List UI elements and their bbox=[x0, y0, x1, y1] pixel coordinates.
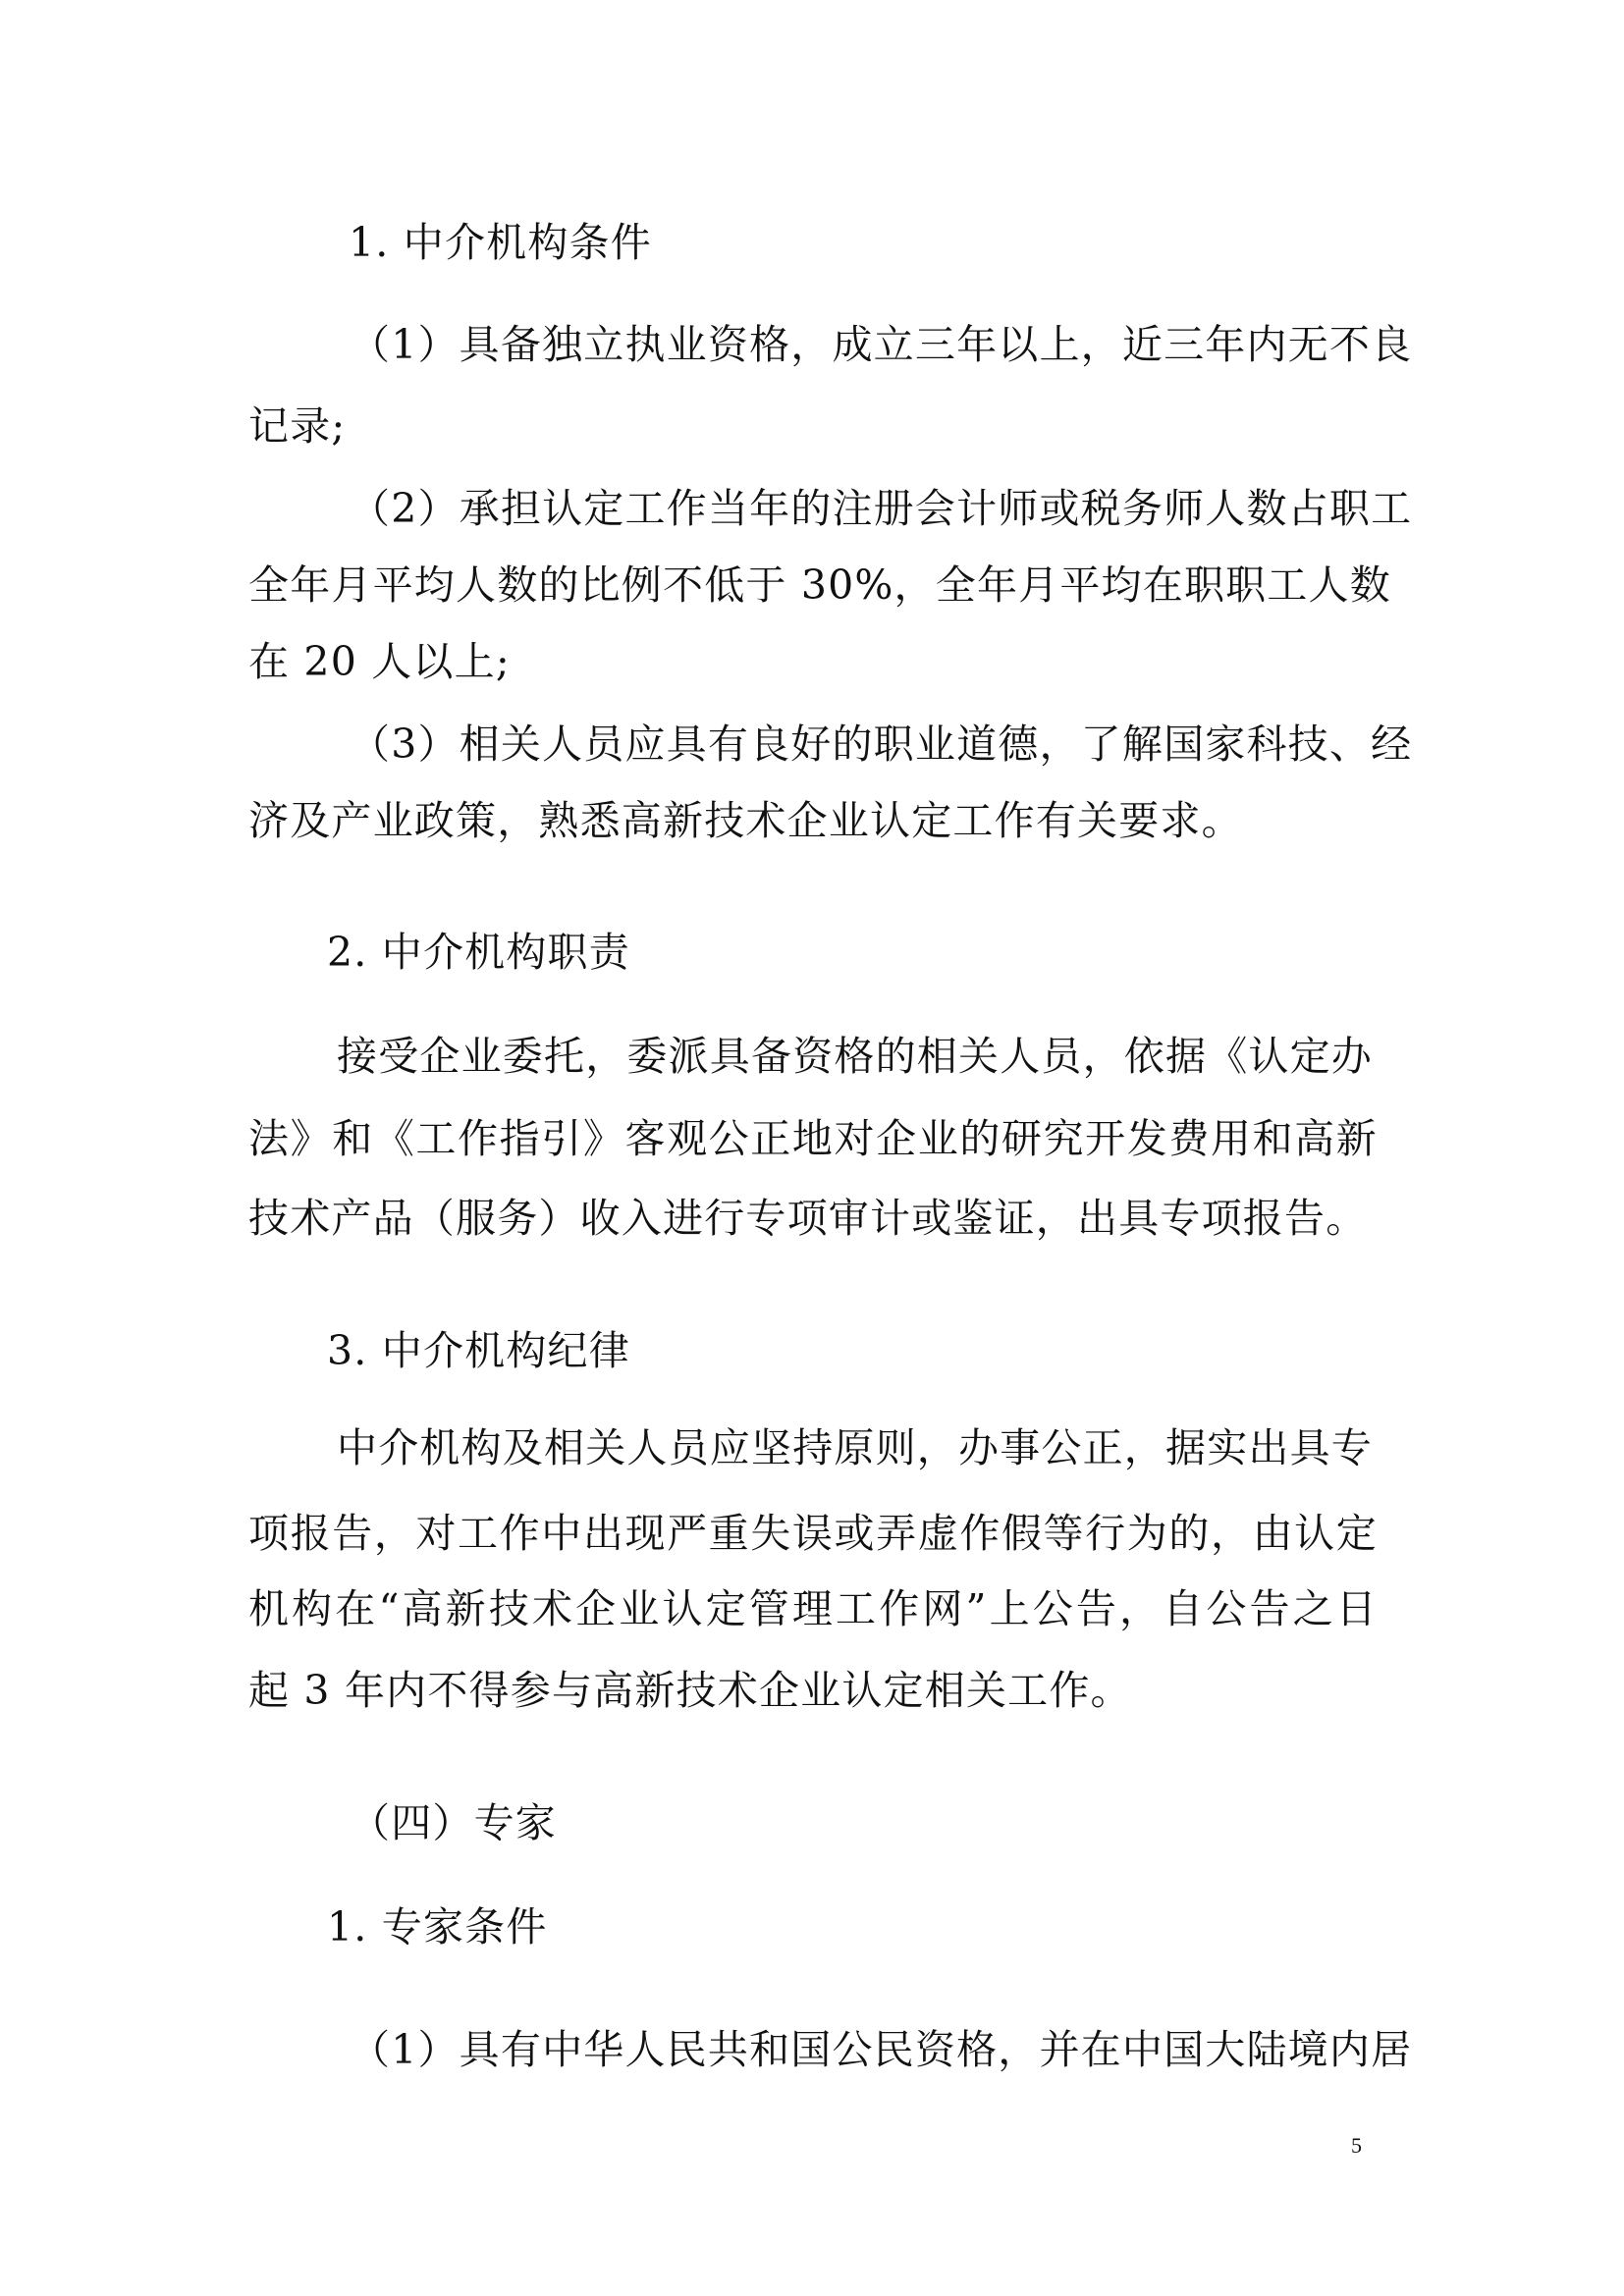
page-number: 5 bbox=[1351, 2134, 1362, 2158]
paragraph-line: 技术产品（服务）收入进行专项审计或鉴证，出具专项报告。 bbox=[248, 1194, 1378, 1243]
paragraph-line: 机构在“高新技术企业认定管理工作网”上公告，自公告之日 bbox=[248, 1584, 1378, 1633]
paragraph-line: 在 20 人以上; bbox=[248, 637, 1378, 686]
paragraph-line: 项报告，对工作中出现严重失误或弄虚作假等行为的，由认定 bbox=[248, 1509, 1378, 1558]
paragraph-line: 全年月平均人数的比例不低于 30%，全年月平均在职职工人数 bbox=[248, 561, 1378, 610]
paragraph-line: （1）具有中华人民共和国公民资格，并在中国大陆境内居 bbox=[350, 2025, 1378, 2074]
paragraph-line: （2）承担认定工作当年的注册会计师或税务师人数占职工 bbox=[350, 484, 1378, 533]
paragraph-line: 中介机构及相关人员应坚持原则，办事公正，据实出具专 bbox=[337, 1423, 1365, 1472]
section-heading-intermediary-conditions: 1. 中介机构条件 bbox=[349, 218, 1478, 267]
paragraph-line: 起 3 年内不得参与高新技术企业认定相关工作。 bbox=[248, 1666, 1378, 1715]
paragraph-line: （1）具备独立执业资格，成立三年以上，近三年内无不良 bbox=[350, 320, 1378, 369]
paragraph-line: 济及产业政策，熟悉高新技术企业认定工作有关要求。 bbox=[248, 796, 1378, 845]
paragraph-line: 法》和《工作指引》客观公正地对企业的研究开发费用和高新 bbox=[248, 1114, 1378, 1163]
section-heading-expert-conditions: 1. 专家条件 bbox=[327, 1902, 1456, 1951]
section-heading-intermediary-duties: 2. 中介机构职责 bbox=[327, 928, 1456, 977]
document-page: 1. 中介机构条件 （1）具备独立执业资格，成立三年以上，近三年内无不良 记录;… bbox=[0, 0, 1624, 2296]
paragraph-line: 接受企业委托，委派具备资格的相关人员，依据《认定办 bbox=[337, 1032, 1365, 1081]
paragraph-line: （3）相关人员应具有良好的职业道德，了解国家科技、经 bbox=[350, 720, 1378, 769]
section-heading-intermediary-discipline: 3. 中介机构纪律 bbox=[327, 1326, 1456, 1375]
paragraph-line: 记录; bbox=[248, 401, 1378, 451]
section-heading-experts: （四）专家 bbox=[350, 1798, 1479, 1847]
